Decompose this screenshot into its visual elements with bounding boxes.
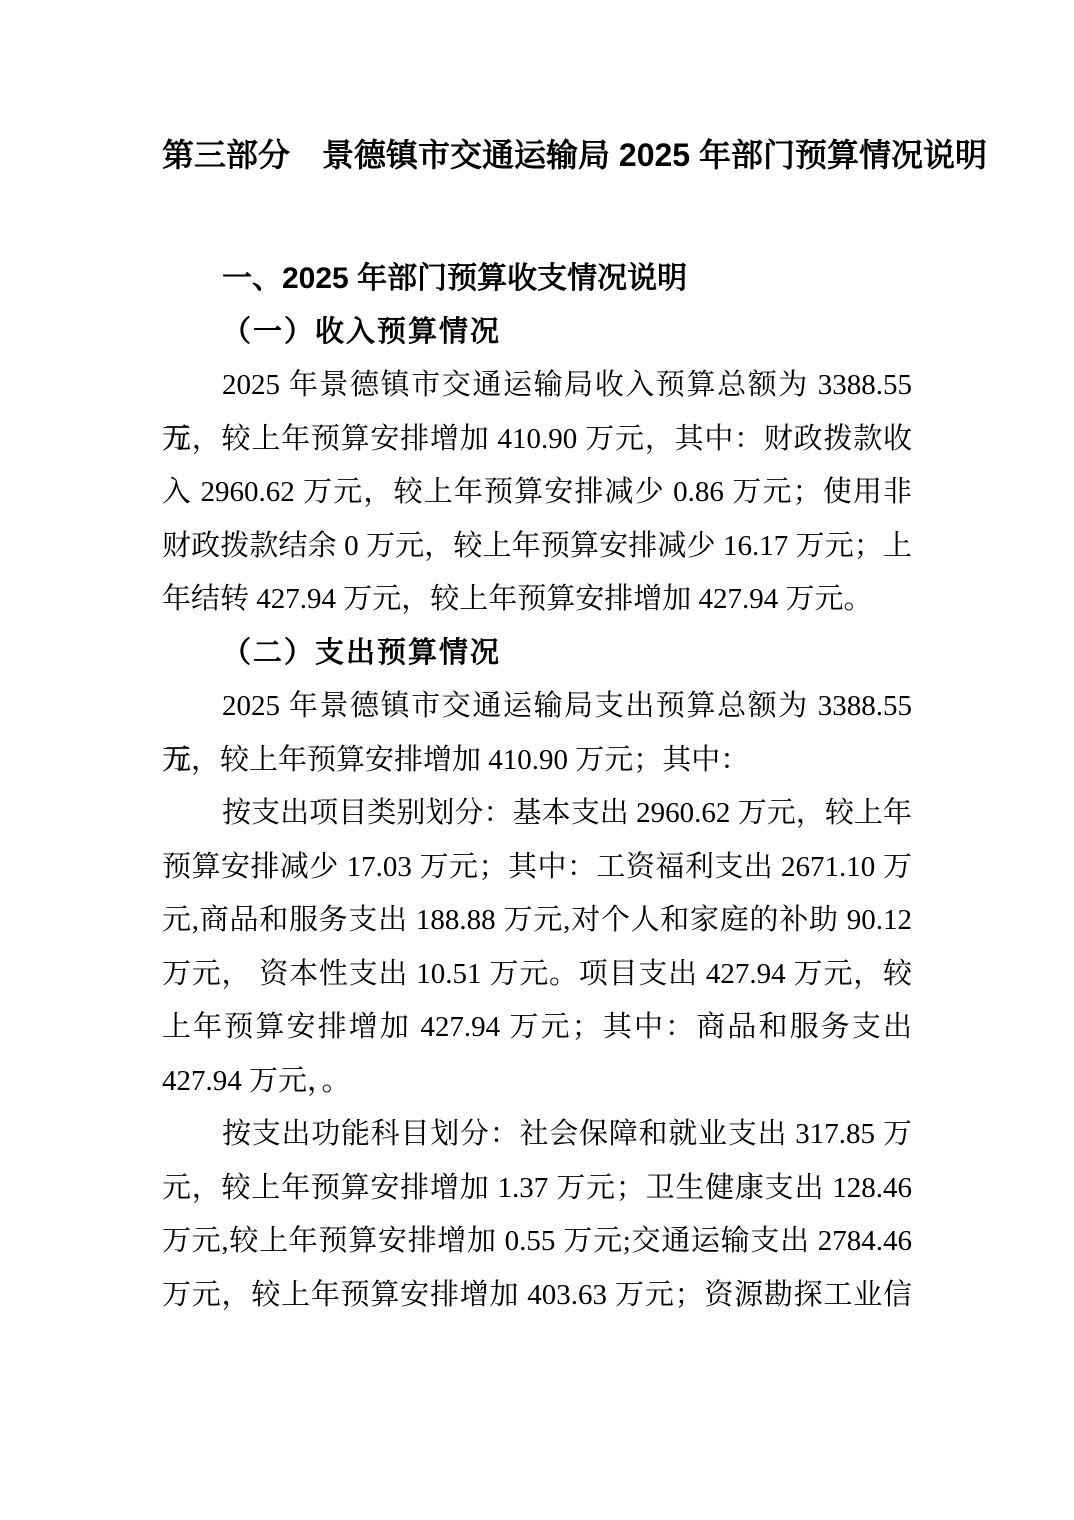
expense-overview-paragraph: 2025 年景德镇市交通运输局支出预算总额为 3388.55 万 元，较上年预算…: [162, 680, 912, 787]
expense-by-function-paragraph: 按支出功能科目划分：社会保障和就业支出 317.85 万 元，较上年预算安排增加…: [162, 1108, 912, 1322]
paragraph-line: 按支出功能科目划分：社会保障和就业支出 317.85 万: [162, 1108, 912, 1162]
paragraph-line: 元，较上年预算安排增加 1.37 万元；卫生健康支出 128.46: [162, 1162, 912, 1216]
blank-line: [162, 182, 912, 252]
paragraph-line: 427.94 万元，。: [162, 1055, 912, 1109]
paragraph-line: 万元,较上年预算安排增加 0.55 万元;交通运输支出 2784.46: [162, 1215, 912, 1269]
paragraph-line: 预算安排减少 17.03 万元；其中：工资福利支出 2671.10 万: [162, 841, 912, 895]
paragraph-line: 元,商品和服务支出 188.88 万元,对个人和家庭的补助 90.12: [162, 894, 912, 948]
paragraph-line: 按支出项目类别划分：基本支出 2960.62 万元，较上年: [162, 787, 912, 841]
paragraph-line: 2025 年景德镇市交通运输局支出预算总额为 3388.55 万: [162, 680, 912, 734]
section-heading: 一、2025 年部门预算收支情况说明: [162, 252, 912, 306]
paragraph-line: 万元， 资本性支出 10.51 万元。项目支出 427.94 万元，较: [162, 948, 912, 1002]
paragraph-line: 上年预算安排增加 427.94 万元；其中：商品和服务支出: [162, 1001, 912, 1055]
income-paragraph: 2025 年景德镇市交通运输局收入预算总额为 3388.55 万 元，较上年预算…: [162, 359, 912, 627]
paragraph-line: 2025 年景德镇市交通运输局收入预算总额为 3388.55 万: [162, 359, 912, 413]
paragraph-line: 万元，较上年预算安排增加 403.63 万元；资源勘探工业信: [162, 1269, 912, 1323]
paragraph-line: 财政拨款结余 0 万元，较上年预算安排减少 16.17 万元；上: [162, 520, 912, 574]
paragraph-line: 入 2960.62 万元，较上年预算安排减少 0.86 万元；使用非: [162, 466, 912, 520]
paragraph-line: 元，较上年预算安排增加 410.90 万元，其中：财政拨款收: [162, 413, 912, 467]
expense-by-category-paragraph: 按支出项目类别划分：基本支出 2960.62 万元，较上年 预算安排减少 17.…: [162, 787, 912, 1108]
income-subsection-heading: （一）收入预算情况: [162, 306, 912, 360]
paragraph-line: 元，较上年预算安排增加 410.90 万元；其中：: [162, 734, 912, 788]
document-page: 第三部分 景德镇市交通运输局 2025 年部门预算情况说明 一、2025 年部门…: [162, 128, 912, 1322]
paragraph-line: 年结转 427.94 万元，较上年预算安排增加 427.94 万元。: [162, 573, 912, 627]
expense-subsection-heading: （二）支出预算情况: [162, 627, 912, 681]
document-title: 第三部分 景德镇市交通运输局 2025 年部门预算情况说明: [162, 128, 912, 182]
